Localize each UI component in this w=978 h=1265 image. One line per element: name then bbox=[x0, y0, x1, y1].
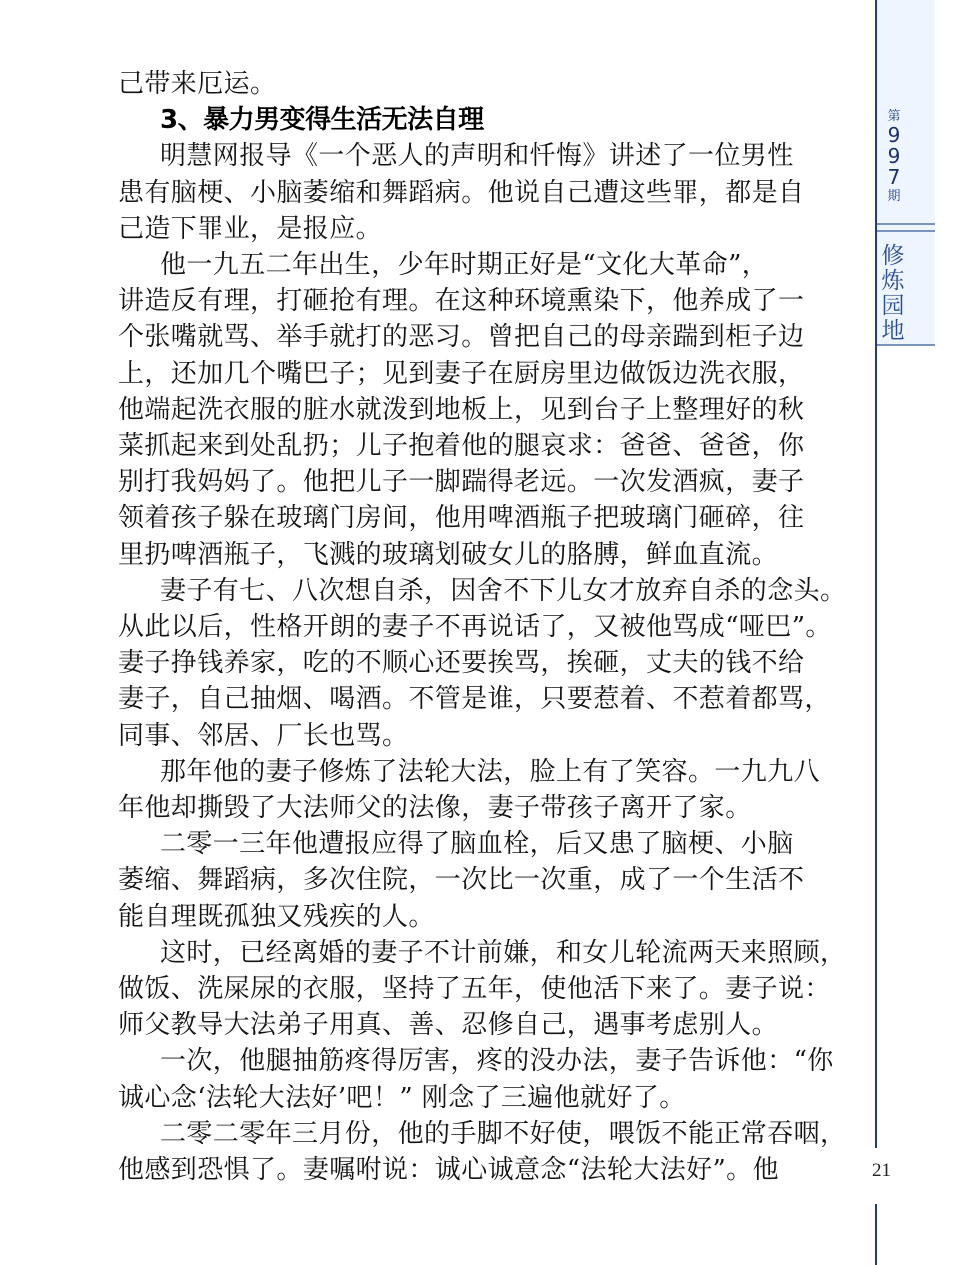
paragraph-line: 明慧网报导《一个恶人的声明和忏悔》讲述了一位男性 bbox=[160, 138, 794, 174]
paragraph-line: 二零一三年他遭报应得了脑血栓，后又患了脑梗、小脑 bbox=[160, 826, 794, 862]
paragraph-line: 他感到恐惧了。妻嘱咐说：诚心诚意念“法轮大法好”。他 bbox=[118, 1152, 779, 1188]
section-title-char: 修 bbox=[878, 244, 908, 269]
paragraph-line: 妻子有七、八次想自杀，因舍不下儿女才放弃自杀的念头。 bbox=[160, 573, 846, 609]
paragraph-line: 能自理既孤独又残疾的人。 bbox=[118, 899, 435, 935]
page-number: 21 bbox=[872, 1159, 891, 1183]
paragraph-line: 菜抓起来到处乱扔；儿子抱着他的腿哀求：爸爸、爸爸，你 bbox=[118, 428, 804, 464]
issue-digit: 7 bbox=[882, 167, 906, 188]
paragraph-line: 萎缩、舞蹈病，多次住院，一次比一次重，成了一个生活不 bbox=[118, 862, 804, 898]
paragraph-line: 一次，他腿抽筋疼得厉害，疼的没办法，妻子告诉他：“你 bbox=[160, 1043, 834, 1079]
paragraph-line: 诚心念‘法轮大法好’吧！” 刚念了三遍他就好了。 bbox=[118, 1080, 686, 1116]
paragraph-line: 他一九五二年出生，少年时期正好是“文化大革命”， bbox=[160, 247, 768, 283]
issue-number-label: 第 9 9 7 期 bbox=[882, 108, 906, 205]
issue-digit: 9 bbox=[882, 125, 906, 146]
sidebar-divider bbox=[877, 223, 935, 225]
paragraph-line: 讲造反有理，打砸抢有理。在这种环境熏染下，他养成了一 bbox=[118, 283, 804, 319]
sidebar-divider bbox=[877, 230, 935, 232]
paragraph-line: 患有脑梗、小脑萎缩和舞蹈病。他说自己遭这些罪，都是自 bbox=[118, 175, 804, 211]
section-title: 修 炼 园 地 bbox=[878, 244, 908, 344]
sidebar-divider bbox=[877, 344, 935, 346]
paragraph-line: 年他却撕毁了大法师父的法像，妻子带孩子离开了家。 bbox=[118, 790, 752, 826]
paragraph-line: 妻子挣钱养家，吃的不顺心还要挨骂，挨砸，丈夫的钱不给 bbox=[118, 645, 804, 681]
paragraph-line: 二零二零年三月份，他的手脚不好使，喂饭不能正常吞咽， bbox=[160, 1116, 846, 1152]
sidebar-vertical-rule-bottom bbox=[875, 1204, 877, 1265]
paragraph-line: 己带来厄运。 bbox=[118, 66, 276, 102]
paragraph-line: 这时，已经离婚的妻子不计前嫌，和女儿轮流两天来照顾， bbox=[160, 935, 846, 971]
paragraph-line: 妻子，自己抽烟、喝酒。不管是谁，只要惹着、不惹着都骂， bbox=[118, 681, 831, 717]
paragraph-line: 那年他的妻子修炼了法轮大法，脸上有了笑容。一九九八 bbox=[160, 754, 820, 790]
section-heading: 3、暴力男变得生活无法自理 bbox=[160, 102, 484, 138]
paragraph-line: 上，还加几个嘴巴子；见到妻子在厨房里边做饭边洗衣服， bbox=[118, 356, 804, 392]
paragraph-line: 领着孩子躲在玻璃门房间，他用啤酒瓶子把玻璃门砸碎，往 bbox=[118, 500, 804, 536]
paragraph-line: 做饭、洗屎尿的衣服，坚持了五年，使他活下来了。妻子说： bbox=[118, 971, 831, 1007]
paragraph-line: 同事、邻居、厂长也骂。 bbox=[118, 718, 408, 754]
section-title-char: 炼 bbox=[878, 269, 908, 294]
paragraph-line: 己造下罪业，是报应。 bbox=[118, 211, 382, 247]
paragraph-line: 个张嘴就骂、举手就打的恶习。曾把自己的母亲踹到柜子边 bbox=[118, 319, 804, 355]
sidebar-vertical-rule-top bbox=[875, 0, 877, 1148]
paragraph-line: 他端起洗衣服的脏水就泼到地板上，见到台子上整理好的秋 bbox=[118, 392, 804, 428]
paragraph-line: 里扔啤酒瓶子，飞溅的玻璃划破女儿的胳膊，鲜血直流。 bbox=[118, 537, 778, 573]
section-title-char: 园 bbox=[878, 294, 908, 319]
paragraph-line: 师父教导大法弟子用真、善、忍修自己，遇事考虑别人。 bbox=[118, 1007, 778, 1043]
issue-suffix: 期 bbox=[882, 188, 906, 205]
paragraph-line: 从此以后，性格开朗的妻子不再说话了，又被他骂成“哑巴”。 bbox=[118, 609, 832, 645]
section-title-char: 地 bbox=[878, 319, 908, 344]
paragraph-line: 别打我妈妈了。他把儿子一脚踹得老远。一次发酒疯，妻子 bbox=[118, 464, 804, 500]
issue-digit: 9 bbox=[882, 146, 906, 167]
